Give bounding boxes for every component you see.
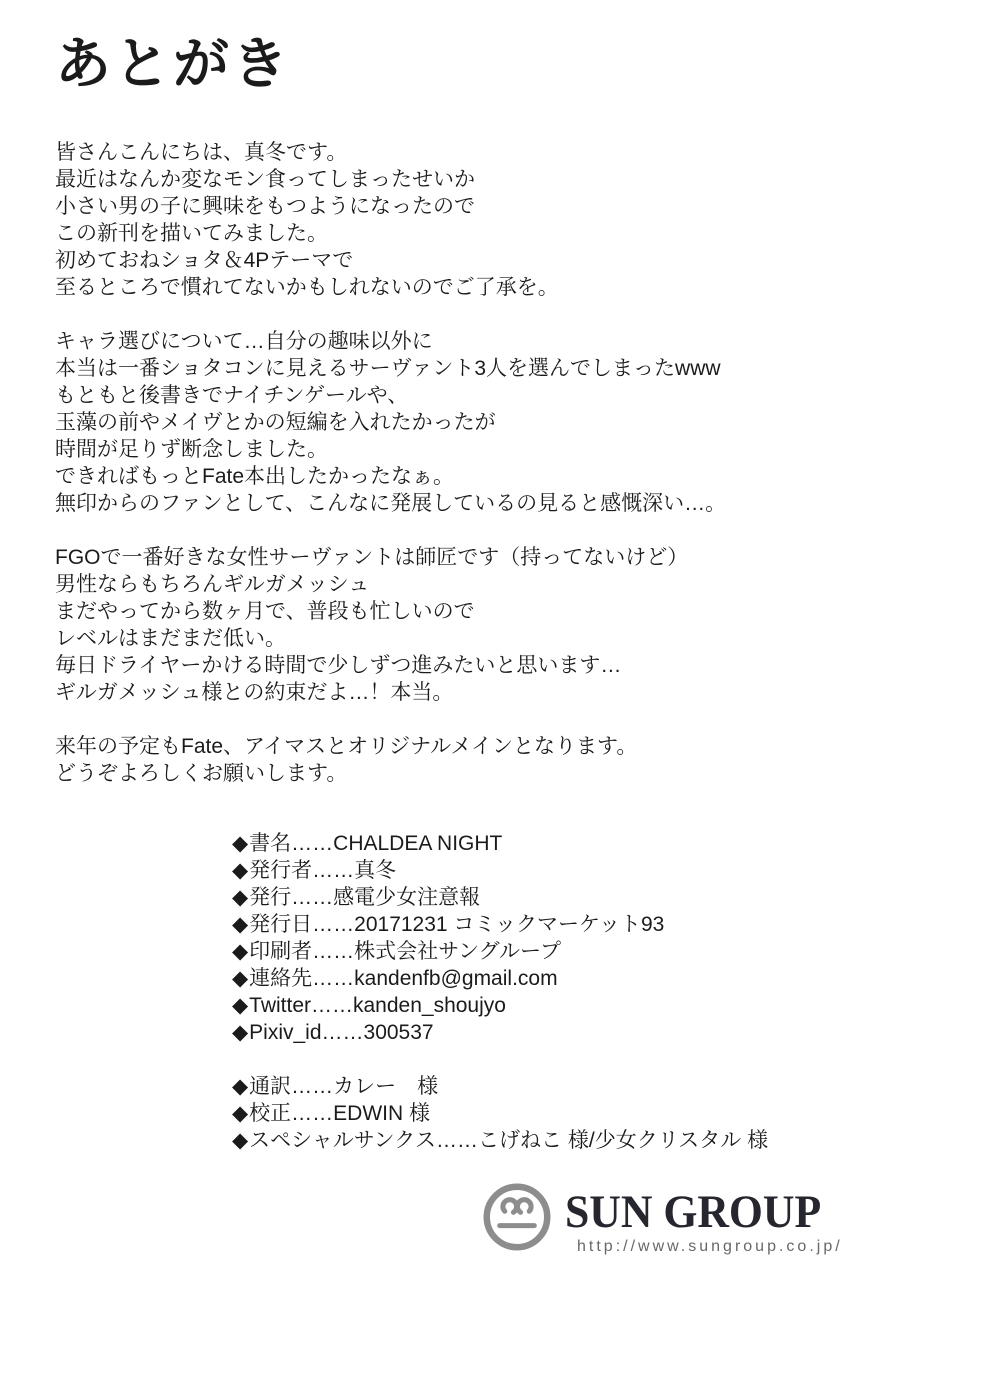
credit-row: ◆発行……感電少女注意報 bbox=[232, 884, 970, 911]
credit-text: スペシャルサンクス……こげねこ 様/少女クリスタル 様 bbox=[249, 1129, 768, 1152]
credit-text: 発行日……20171231 コミックマーケット93 bbox=[249, 913, 664, 936]
text-line: キャラ選びについて…自分の趣味以外に bbox=[55, 328, 970, 355]
credit-row: ◆校正……EDWIN 様 bbox=[232, 1100, 970, 1127]
text-line: ギルガメッシュ様との約束だよ…！本当。 bbox=[55, 679, 970, 706]
thanks-section: ◆通訳……カレー 様 ◆校正……EDWIN 様 ◆スペシャルサンクス……こげねこ… bbox=[232, 1073, 970, 1154]
credit-text: 発行……感電少女注意報 bbox=[249, 886, 480, 909]
text-line: 来年の予定もFate、アイマスとオリジナルメインとなります。 bbox=[55, 733, 970, 760]
text-line: 男性ならもちろんギルガメッシュ bbox=[55, 571, 970, 598]
text-line: 初めておねショタ＆4Pテーマで bbox=[55, 247, 970, 274]
text-line: どうぞよろしくお願いします。 bbox=[55, 760, 970, 787]
printer-logo: SUN GROUP http://www.sungroup.co.jp/ bbox=[481, 1181, 970, 1256]
credit-text: 通訳……カレー 様 bbox=[249, 1075, 438, 1098]
credit-text: 書名……CHALDEA NIGHT bbox=[249, 832, 502, 855]
afterword-paragraph-1: 皆さんこんにちは、真冬です。 最近はなんか変なモン食ってしまったせいか 小さい男… bbox=[55, 139, 970, 301]
page-title: あとがき bbox=[55, 30, 970, 97]
diamond-bullet-icon: ◆ bbox=[232, 913, 248, 936]
credit-text: 印刷者……株式会社サングループ bbox=[249, 940, 561, 963]
text-line: 至るところで慣れてないかもしれないのでご了承を。 bbox=[55, 274, 970, 301]
credit-row: ◆Twitter……kanden_shoujyo bbox=[232, 992, 970, 1019]
credit-text: 校正……EDWIN 様 bbox=[249, 1102, 430, 1125]
text-line: 毎日ドライヤーかける時間で少しずつ進みたいと思います… bbox=[55, 652, 970, 679]
afterword-paragraph-2: キャラ選びについて…自分の趣味以外に 本当は一番ショタコンに見えるサーヴァント3… bbox=[55, 328, 970, 517]
diamond-bullet-icon: ◆ bbox=[232, 1075, 248, 1098]
credit-row: ◆通訳……カレー 様 bbox=[232, 1073, 970, 1100]
afterword-paragraph-3: FGOで一番好きな女性サーヴァントは師匠です（持ってないけど） 男性ならもちろん… bbox=[55, 544, 970, 706]
diamond-bullet-icon: ◆ bbox=[232, 1129, 248, 1152]
afterword-page: あとがき 皆さんこんにちは、真冬です。 最近はなんか変なモン食ってしまったせいか… bbox=[0, 0, 1000, 1395]
diamond-bullet-icon: ◆ bbox=[232, 967, 248, 990]
credit-text: 発行者……真冬 bbox=[249, 859, 396, 882]
colophon-section: ◆書名……CHALDEA NIGHT ◆発行者……真冬 ◆発行……感電少女注意報… bbox=[232, 830, 970, 1046]
text-line: FGOで一番好きな女性サーヴァントは師匠です（持ってないけど） bbox=[55, 544, 970, 571]
printer-logo-text: SUN GROUP http://www.sungroup.co.jp/ bbox=[565, 1181, 843, 1256]
credit-row: ◆印刷者……株式会社サングループ bbox=[232, 938, 970, 965]
diamond-bullet-icon: ◆ bbox=[232, 859, 248, 882]
text-line: 皆さんこんにちは、真冬です。 bbox=[55, 139, 970, 166]
diamond-bullet-icon: ◆ bbox=[232, 940, 248, 963]
credit-text: Pixiv_id……300537 bbox=[249, 1021, 433, 1044]
diamond-bullet-icon: ◆ bbox=[232, 832, 248, 855]
text-line: もともと後書きでナイチンゲールや、 bbox=[55, 382, 970, 409]
diamond-bullet-icon: ◆ bbox=[232, 994, 248, 1017]
diamond-bullet-icon: ◆ bbox=[232, 886, 248, 909]
sun-group-mark-icon bbox=[481, 1181, 553, 1253]
text-line: 無印からのファンとして、こんなに発展しているの見ると感慨深い…。 bbox=[55, 490, 970, 517]
diamond-bullet-icon: ◆ bbox=[232, 1021, 248, 1044]
text-line: まだやってから数ヶ月で、普段も忙しいので bbox=[55, 598, 970, 625]
credit-row: ◆発行日……20171231 コミックマーケット93 bbox=[232, 911, 970, 938]
text-line: この新刊を描いてみました。 bbox=[55, 220, 970, 247]
diamond-bullet-icon: ◆ bbox=[232, 1102, 248, 1125]
printer-logo-url: http://www.sungroup.co.jp/ bbox=[577, 1238, 843, 1256]
credit-row: ◆書名……CHALDEA NIGHT bbox=[232, 830, 970, 857]
credit-row: ◆スペシャルサンクス……こげねこ 様/少女クリスタル 様 bbox=[232, 1127, 970, 1154]
text-line: できればもっとFate本出したかったなぁ。 bbox=[55, 463, 970, 490]
credit-row: ◆Pixiv_id……300537 bbox=[232, 1019, 970, 1046]
text-line: 玉藻の前やメイヴとかの短編を入れたかったが bbox=[55, 409, 970, 436]
text-line: 本当は一番ショタコンに見えるサーヴァント3人を選んでしまったwww bbox=[55, 355, 970, 382]
afterword-paragraph-4: 来年の予定もFate、アイマスとオリジナルメインとなります。 どうぞよろしくお願… bbox=[55, 733, 970, 787]
text-line: 最近はなんか変なモン食ってしまったせいか bbox=[55, 166, 970, 193]
printer-logo-name: SUN GROUP bbox=[565, 1189, 823, 1236]
credit-text: Twitter……kanden_shoujyo bbox=[249, 994, 506, 1017]
credit-text: 連絡先……kandenfb@gmail.com bbox=[249, 967, 557, 990]
credit-row: ◆発行者……真冬 bbox=[232, 857, 970, 884]
text-line: 小さい男の子に興味をもつようになったので bbox=[55, 193, 970, 220]
credit-row: ◆連絡先……kandenfb@gmail.com bbox=[232, 965, 970, 992]
text-line: レベルはまだまだ低い。 bbox=[55, 625, 970, 652]
text-line: 時間が足りず断念しました。 bbox=[55, 436, 970, 463]
